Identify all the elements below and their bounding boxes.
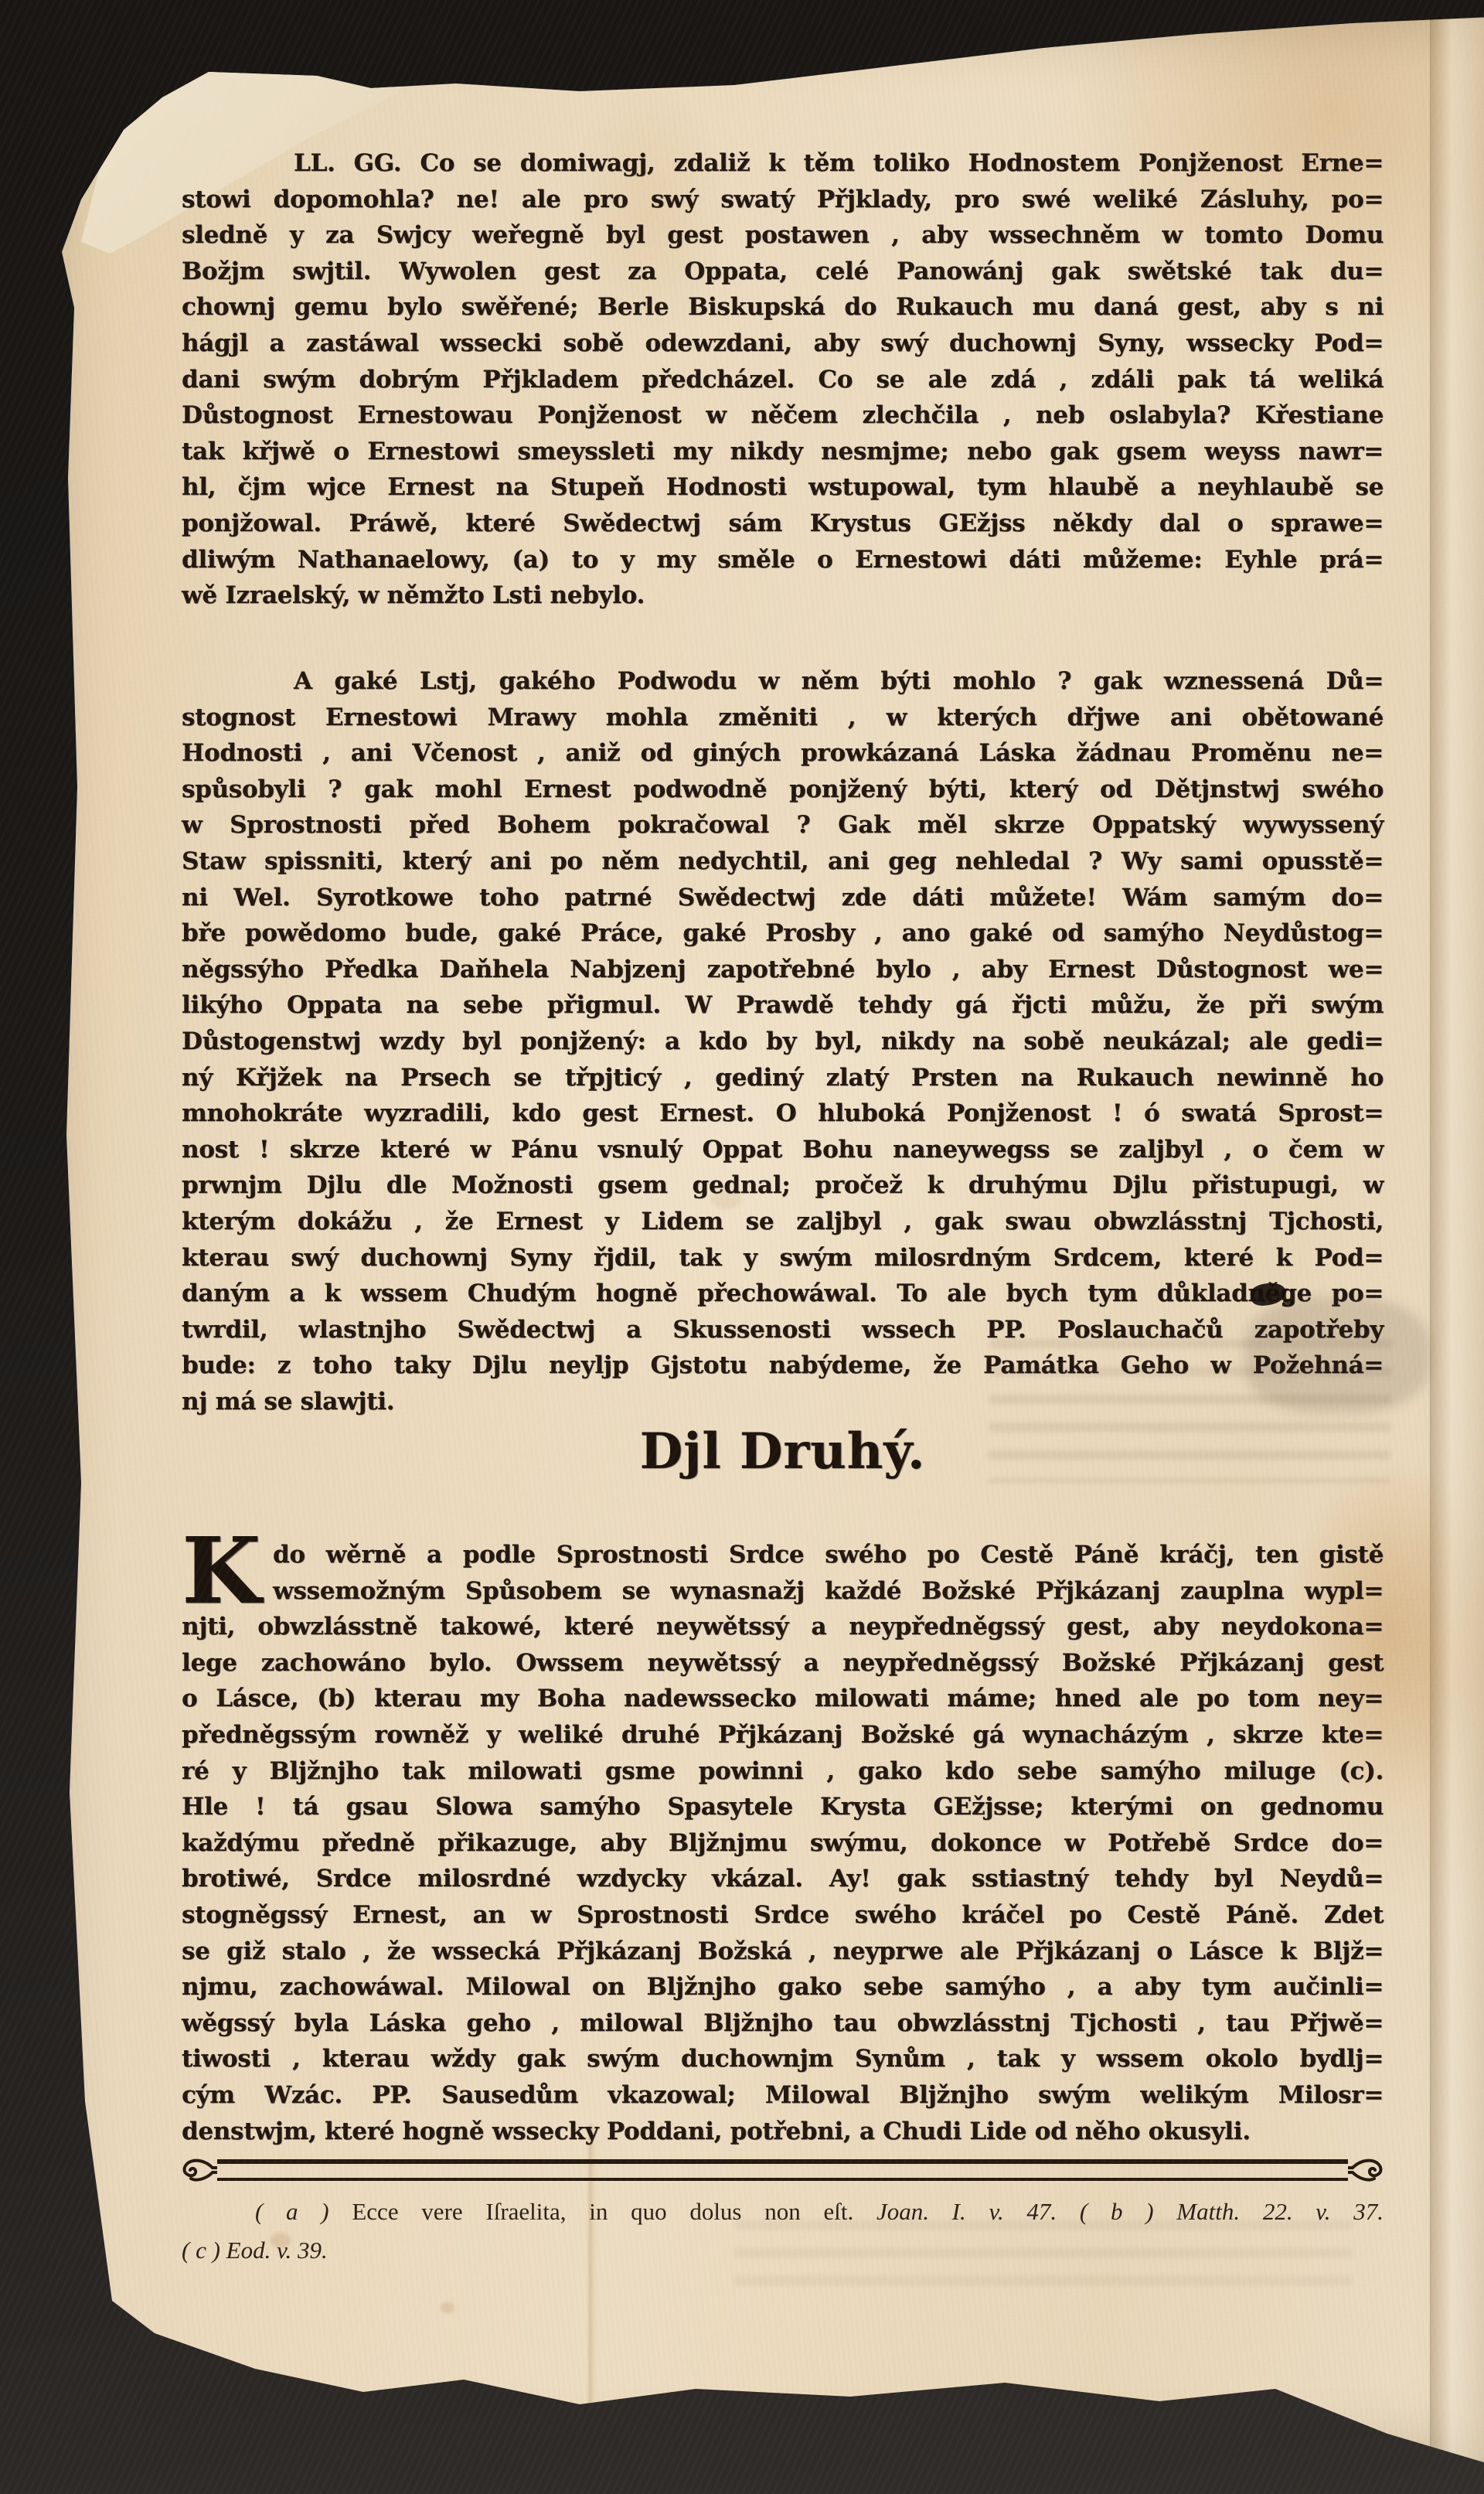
scroll-ornament-left-icon	[182, 2157, 217, 2183]
footnote-separator-rule	[182, 2157, 1384, 2183]
text-line: brotiwé, Srdce milosrdné wzdycky vkázal.…	[182, 1861, 1384, 1897]
footnote-c-ref: Eod. v. 39.	[226, 2237, 328, 2264]
text-line: Staw spissniti, který ani po něm nedycht…	[182, 843, 1384, 880]
fox-spot	[441, 2302, 454, 2313]
text-line: LL. GG. Co se domiwagj, zdaliž k těm tol…	[182, 145, 1384, 182]
drop-cap-initial: K	[182, 1537, 268, 1609]
text-line: wssemožným Spůsobem se wynasnažj každé B…	[182, 1573, 1384, 1610]
page-crease	[1430, 14, 1484, 2465]
text-line: stogněgssý Ernest, an w Sprostnosti Srdc…	[182, 1897, 1384, 1934]
text-line: tiwosti , kterau wždy gak swým duchownjm…	[182, 2041, 1384, 2077]
text-line: stognost Ernestowi Mrawy mohla změniti ,…	[182, 700, 1384, 736]
text-line: wě Izraelský, w němžto Lsti nebylo.	[182, 578, 1384, 614]
footnotes-block: ( a ) Ecce vere Iſraelita, in quo dolus …	[182, 2192, 1384, 2270]
footnote-a-ref: Joan. I. v. 47.	[876, 2198, 1057, 2225]
text-line: ni Wel. Syrotkowe toho patrné Swědectwj …	[182, 880, 1384, 916]
text-line: o Lásce, (b) kterau my Boha nadewssecko …	[182, 1681, 1384, 1717]
text-line: cým Wzác. PP. Sausedům vkazowal; Milowal…	[182, 2077, 1384, 2114]
text-line: twrdil, wlastnjho Swědectwj a Skussenost…	[182, 1312, 1384, 1348]
text-line: njmu, zachowáwal. Milowal on Bljžnjho ga…	[182, 1969, 1384, 2005]
body-paragraph-2: A gaké Lstj, gakého Podwodu w něm býti m…	[182, 663, 1384, 1419]
footnote-line-1: ( a ) Ecce vere Iſraelita, in quo dolus …	[182, 2192, 1384, 2231]
text-line: dani swým dobrým Přjkladem předcházel. C…	[182, 362, 1384, 398]
body-paragraph-3: K do wěrně a podle Sprostnosti Srdce swé…	[182, 1537, 1384, 2149]
text-line: bude: z toho taky Djlu neyljp Gjstotu na…	[182, 1348, 1384, 1384]
footnote-b-ref: Matth. 22. v. 37.	[1176, 2198, 1384, 2225]
text-line: něgssýho Předka Daňhela Nabjzenj zapotře…	[182, 952, 1384, 988]
text-line: nost ! skrze které w Pánu vsnulý Oppat B…	[182, 1132, 1384, 1168]
text-line: předněgssým rowněž y weliké druhé Přjkáz…	[182, 1717, 1384, 1753]
scroll-ornament-right-icon	[1348, 2157, 1384, 2183]
text-line: ponjžowal. Práwě, které Swědectwj sám Kr…	[182, 506, 1384, 542]
text-line: bře powědomo bude, gaké Práce, gaké Pros…	[182, 915, 1384, 952]
footnote-line-2: ( c ) Eod. v. 39.	[182, 2231, 1384, 2270]
text-line: se giž stalo , že wssecká Přjkázanj Božs…	[182, 1934, 1384, 1970]
footnote-a-label: ( a )	[255, 2198, 329, 2225]
text-line: likýho Oppata na sebe přigmul. W Prawdě …	[182, 987, 1384, 1024]
text-line: nj má se slawjti.	[182, 1384, 1384, 1420]
text-line: kterau swý duchownj Syny řjdil, tak y sw…	[182, 1240, 1384, 1276]
text-line: njti, obwzlásstně takowé, které neywětss…	[182, 1609, 1384, 1645]
text-line: lege zachowáno bylo. Owssem neywětssý a …	[182, 1645, 1384, 1681]
footnote-b-label: ( b )	[1057, 2198, 1176, 2225]
text-line: hl, čjm wjce Ernest na Stupeň Hodnosti w…	[182, 469, 1384, 506]
text-line: dliwým Nathanaelowy, (a) to y my směle o…	[182, 542, 1384, 578]
text-line: Božjm swjtil. Wywolen gest za Oppata, ce…	[182, 254, 1384, 290]
text-line: Důstognost Ernestowau Ponjženost w něčem…	[182, 397, 1384, 434]
text-line: daným a k wssem Chudým hogně přechowáwal…	[182, 1276, 1384, 1312]
text-line: tak křjwě o Ernestowi smeyssleti my nikd…	[182, 434, 1384, 470]
text-line: stowi dopomohla? ne! ale pro swý swatý P…	[182, 182, 1384, 218]
text-line: Důstogenstwj wzdy byl ponjžený: a kdo by…	[182, 1024, 1384, 1060]
double-rule	[217, 2159, 1348, 2181]
text-line: ré y Bljžnjho tak milowati gsme powinni …	[182, 1753, 1384, 1790]
text-line: každýmu předně přikazuge, aby Bljžnjmu s…	[182, 1825, 1384, 1862]
text-line: denstwjm, které hogně wssecky Poddani, p…	[182, 2114, 1384, 2150]
text-line: kterým dokážu , že Ernest y Lidem se zal…	[182, 1204, 1384, 1240]
text-line: prwnjm Djlu dle Možnosti gsem gednal; pr…	[182, 1167, 1384, 1204]
text-line: wěgssý byla Láska geho , milowal Bljžnjh…	[182, 2005, 1384, 2042]
body-paragraph-1: LL. GG. Co se domiwagj, zdaliž k těm tol…	[182, 145, 1384, 614]
text-line: A gaké Lstj, gakého Podwodu w něm býti m…	[182, 663, 1384, 700]
text-line: w Sprostnosti před Bohem pokračowal ? Ga…	[182, 807, 1384, 843]
text-line: Hle ! tá gsau Slowa samýho Spasytele Kry…	[182, 1789, 1384, 1825]
book-page: LL. GG. Co se domiwagj, zdaliž k těm tol…	[39, 14, 1484, 2465]
text-line: ný Křjžek na Prsech se třpjticý , gediný…	[182, 1060, 1384, 1096]
text-line: do wěrně a podle Sprostnosti Srdce swého…	[182, 1537, 1384, 1573]
text-line: sledně y za Swjcy weřegně byl gest posta…	[182, 217, 1384, 254]
text-line: Hodnosti , ani Včenost , aniž od giných …	[182, 735, 1384, 772]
text-line: spůsobyli ? gak mohl Ernest podwodně pon…	[182, 772, 1384, 808]
text-line: mnohokráte wyzradili, kdo gest Ernest. O…	[182, 1095, 1384, 1132]
scanned-book-photo: { "document": { "paragraph1": { "lines":…	[0, 0, 1484, 2494]
footnote-c-label: ( c )	[182, 2237, 226, 2264]
text-line: chownj gemu bylo swěřené; Berle Biskupsk…	[182, 289, 1384, 325]
footnote-a-text: Ecce vere Iſraelita, in quo dolus non eſ…	[329, 2198, 876, 2225]
text-line: hágjl a zastáwal wssecki sobě odewzdani,…	[182, 325, 1384, 362]
section-heading: Djl Druhý.	[182, 1422, 1384, 1480]
